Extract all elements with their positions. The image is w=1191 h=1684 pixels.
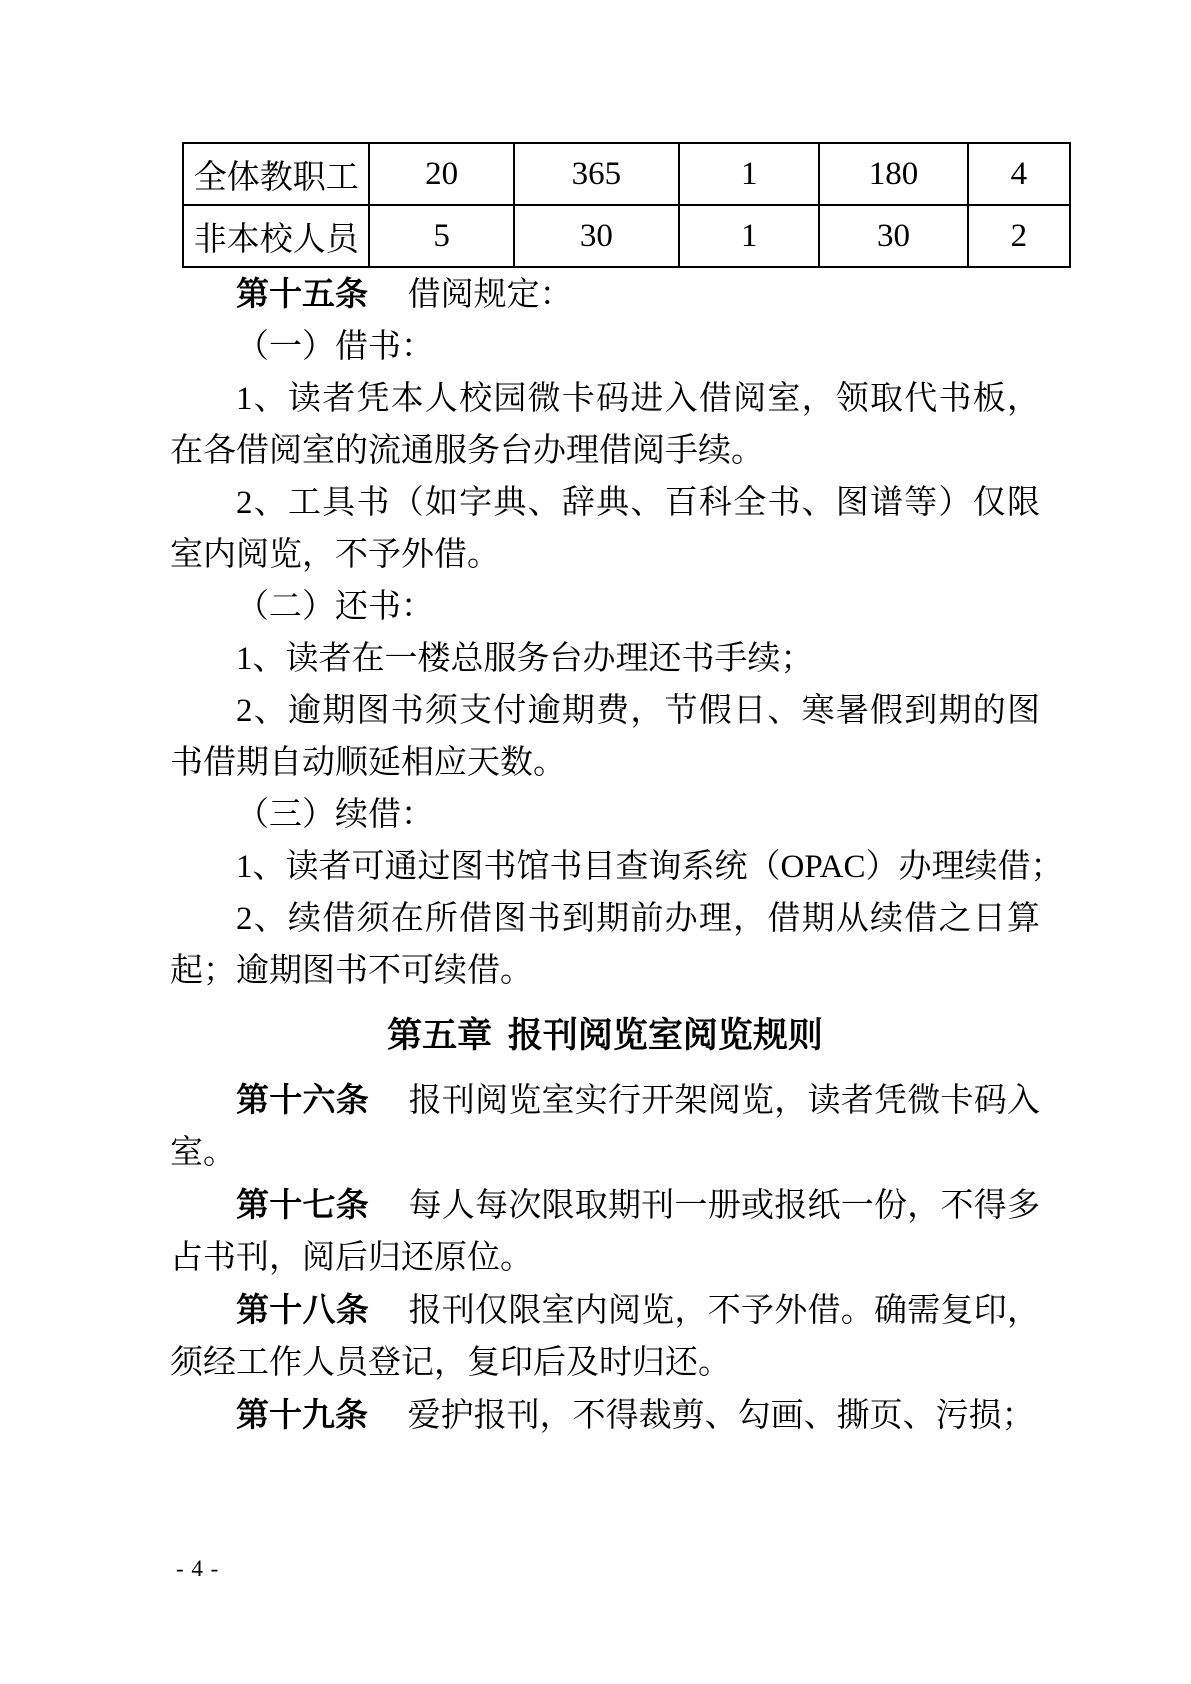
paragraph-text: 1、读者凭本人校园微卡码进入借阅室，领取代书板，在各借阅室的流通服务台办理借阅手… <box>170 381 1040 469</box>
paragraph: 第十六条报刊阅览室实行开架阅览，读者凭微卡码入室。 <box>170 1074 1040 1179</box>
paragraph-text: （二）还书： <box>236 589 434 625</box>
paragraph-text: （一）借书： <box>236 329 434 365</box>
table-row: 非本校人员5301302 <box>183 205 1070 267</box>
value-cell: 20 <box>369 143 513 205</box>
borrow-limits-table: 全体教职工2036511804非本校人员5301302 <box>182 142 1071 268</box>
paragraph: 第十五条借阅规定： <box>170 268 1040 321</box>
paragraph: （三）续借： <box>170 789 1040 841</box>
paragraph-text: 1、读者在一楼总服务台办理还书手续； <box>236 641 814 677</box>
page-number: - 4 - <box>176 1556 219 1582</box>
paragraph: 1、读者可通过图书馆书目查询系统（OPAC）办理续借； <box>170 841 1040 893</box>
chapter-title: 报刊阅览室阅览规则 <box>508 1016 823 1055</box>
paragraph-text: （三）续借： <box>236 797 434 833</box>
paragraph: 2、逾期图书须支付逾期费，节假日、寒暑假到期的图书借期自动顺延相应天数。 <box>170 685 1040 789</box>
paragraph: （一）借书： <box>170 321 1040 373</box>
chapter5-body: 第十六条报刊阅览室实行开架阅览，读者凭微卡码入室。第十七条每人每次限取期刊一册或… <box>170 1074 1040 1442</box>
chapter-number: 第五章 <box>387 1016 492 1055</box>
article-number: 第十九条 <box>236 1396 368 1433</box>
table-row: 全体教职工2036511804 <box>183 143 1070 205</box>
value-cell: 180 <box>819 143 967 205</box>
value-cell: 1 <box>679 205 819 267</box>
chapter5-heading: 第五章报刊阅览室阅览规则 <box>170 1009 1040 1062</box>
paragraph: 2、续借须在所借图书到期前办理，借期从续借之日算起；逾期图书不可续借。 <box>170 893 1040 997</box>
paragraph-text: 借阅规定： <box>408 277 573 313</box>
document-page: 全体教职工2036511804非本校人员5301302 第十五条借阅规定：（一）… <box>0 0 1191 1684</box>
paragraph: 2、工具书（如字典、辞典、百科全书、图谱等）仅限室内阅览，不予外借。 <box>170 477 1040 581</box>
article-number: 第十六条 <box>236 1081 369 1118</box>
paragraph: 第十七条每人每次限取期刊一册或报纸一份，不得多占书刊，阅后归还原位。 <box>170 1179 1040 1284</box>
row-label-cell: 全体教职工 <box>183 143 369 205</box>
limits-table-body: 全体教职工2036511804非本校人员5301302 <box>183 143 1070 267</box>
paragraph-text: 2、工具书（如字典、辞典、百科全书、图谱等）仅限室内阅览，不予外借。 <box>170 485 1040 573</box>
value-cell: 2 <box>968 205 1070 267</box>
paragraph: （二）还书： <box>170 581 1040 633</box>
row-label-cell: 非本校人员 <box>183 205 369 267</box>
value-cell: 30 <box>819 205 967 267</box>
paragraph: 第十八条报刊仅限室内阅览，不予外借。确需复印，须经工作人员登记，复印后及时归还。 <box>170 1284 1040 1389</box>
article-number: 第十八条 <box>236 1291 369 1328</box>
value-cell: 5 <box>369 205 513 267</box>
paragraph: 1、读者凭本人校园微卡码进入借阅室，领取代书板，在各借阅室的流通服务台办理借阅手… <box>170 373 1040 477</box>
section4-body: 第十五条借阅规定：（一）借书：1、读者凭本人校园微卡码进入借阅室，领取代书板，在… <box>170 268 1040 997</box>
paragraph: 1、读者在一楼总服务台办理还书手续； <box>170 633 1040 685</box>
value-cell: 30 <box>514 205 679 267</box>
paragraph-text: 爱护报刊，不得裁剪、勾画、撕页、污损； <box>408 1398 1035 1434</box>
paragraph: 第十九条爱护报刊，不得裁剪、勾画、撕页、污损； <box>170 1389 1040 1442</box>
paragraph-text: 2、续借须在所借图书到期前办理，借期从续借之日算起；逾期图书不可续借。 <box>170 901 1040 989</box>
value-cell: 1 <box>679 143 819 205</box>
article-number: 第十五条 <box>236 275 368 312</box>
value-cell: 365 <box>514 143 679 205</box>
paragraph-text: 2、逾期图书须支付逾期费，节假日、寒暑假到期的图书借期自动顺延相应天数。 <box>170 693 1040 781</box>
paragraph-text: 1、读者可通过图书馆书目查询系统（OPAC）办理续借； <box>236 849 1064 885</box>
value-cell: 4 <box>968 143 1070 205</box>
article-number: 第十七条 <box>236 1186 369 1223</box>
